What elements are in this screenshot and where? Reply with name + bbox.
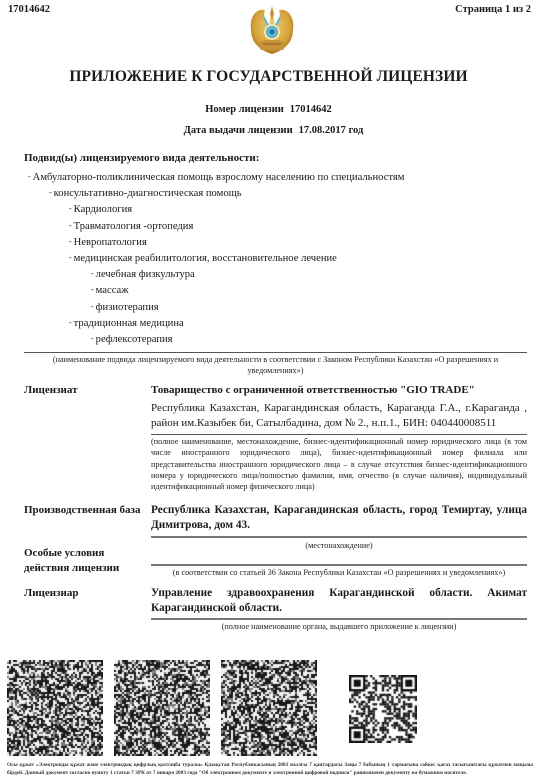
license-date-label: Дата выдачи лицензии bbox=[184, 125, 293, 136]
document-number: 17014642 bbox=[8, 4, 50, 15]
special-conditions-caption: (в соответствии со статьей 36 Закона Рес… bbox=[151, 567, 527, 578]
activity-item: -лечебная физкультура bbox=[91, 269, 195, 280]
activities-heading: Подвид(ы) лицензируемого вида деятельнос… bbox=[24, 152, 259, 164]
bullet-dash-icon: - bbox=[91, 302, 94, 311]
bullet-dash-icon: - bbox=[91, 285, 94, 294]
licensor-divider bbox=[151, 618, 527, 620]
digital-signature-code-3 bbox=[221, 660, 317, 756]
bullet-dash-icon: - bbox=[91, 269, 94, 278]
activity-item-text: Невропатология bbox=[74, 237, 147, 248]
activities-caption: (наименование подвида лицензируемого вид… bbox=[24, 354, 527, 376]
bullet-dash-icon: - bbox=[69, 221, 72, 230]
page-indicator: Страница 1 из 2 bbox=[455, 4, 531, 15]
qr-code-icon bbox=[349, 675, 417, 743]
special-conditions-label-line2: действия лицензии bbox=[24, 561, 119, 576]
license-date-row: Дата выдачи лицензии17.08.2017 год bbox=[5, 125, 537, 136]
bullet-dash-icon: - bbox=[69, 318, 72, 327]
page-title: ПРИЛОЖЕНИЕ К ГОСУДАРСТВЕННОЙ ЛИЦЕНЗИИ bbox=[0, 68, 537, 86]
activity-item-text: Кардиология bbox=[74, 204, 132, 215]
production-base-label: Производственная база bbox=[24, 504, 140, 516]
digital-signature-code-1 bbox=[7, 660, 103, 756]
activity-item: -Амбулаторно-поликлиническая помощь взро… bbox=[28, 172, 404, 183]
production-base-divider bbox=[151, 536, 527, 538]
digital-signature-code-2 bbox=[114, 660, 210, 756]
activity-item-text: Травматология -ортопедия bbox=[74, 221, 194, 232]
activity-item: -Кардиология bbox=[69, 204, 132, 215]
license-number-value: 17014642 bbox=[290, 104, 332, 115]
production-base-caption: (местонахождение) bbox=[151, 540, 527, 551]
license-number-row: Номер лицензии17014642 bbox=[0, 104, 537, 115]
activity-item-text: Амбулаторно-поликлиническая помощь взрос… bbox=[33, 172, 405, 183]
bullet-dash-icon: - bbox=[49, 188, 52, 197]
legal-disclaimer: Осы құжат «Электронды құжат және электро… bbox=[7, 762, 533, 777]
activity-item-text: медицинская реабилитология, восстановите… bbox=[74, 253, 337, 264]
licensee-name: Товарищество с ограниченной ответственно… bbox=[151, 383, 526, 398]
license-date-value: 17.08.2017 год bbox=[299, 125, 364, 136]
activity-item: -массаж bbox=[91, 285, 129, 296]
licensor-label: Лицензиар bbox=[24, 587, 78, 599]
state-emblem-icon bbox=[243, 0, 301, 58]
activity-item: -рефлексотерапия bbox=[91, 334, 173, 345]
special-conditions-divider bbox=[151, 564, 527, 566]
bullet-dash-icon: - bbox=[28, 172, 31, 181]
licensee-label: Лицензиат bbox=[24, 384, 77, 396]
activity-item-text: консультативно-диагностическая помощь bbox=[54, 188, 242, 199]
licensor-caption: (полное наименование органа, выдавшего п… bbox=[151, 621, 527, 632]
licensee-address: Республика Казахстан, Карагандинская обл… bbox=[151, 401, 527, 430]
licensee-caption: (полное наименование, местонахождение, б… bbox=[151, 436, 527, 492]
activity-item: -консультативно-диагностическая помощь bbox=[49, 188, 242, 199]
activity-item: -медицинская реабилитология, восстановит… bbox=[69, 253, 337, 264]
license-number-label: Номер лицензии bbox=[205, 104, 284, 115]
bullet-dash-icon: - bbox=[69, 237, 72, 246]
bullet-dash-icon: - bbox=[91, 334, 94, 343]
special-conditions-label: Особые условия действия лицензии bbox=[24, 546, 119, 576]
activity-item-text: рефлексотерапия bbox=[96, 334, 173, 345]
activity-item-text: лечебная физкультура bbox=[96, 269, 195, 280]
bullet-dash-icon: - bbox=[69, 253, 72, 262]
licensor-value: Управление здравоохранения Карагандинско… bbox=[151, 586, 527, 616]
activity-item: -Невропатология bbox=[69, 237, 147, 248]
activity-item: -физиотерапия bbox=[91, 302, 159, 313]
activity-item: -традиционная медицина bbox=[69, 318, 184, 329]
activity-item-text: традиционная медицина bbox=[74, 318, 184, 329]
production-base-value: Республика Казахстан, Карагандинская обл… bbox=[151, 503, 527, 533]
activity-item-text: физиотерапия bbox=[96, 302, 159, 313]
activities-divider bbox=[24, 352, 527, 353]
activity-item: -Травматология -ортопедия bbox=[69, 221, 193, 232]
special-conditions-label-line1: Особые условия bbox=[24, 546, 119, 561]
bullet-dash-icon: - bbox=[69, 204, 72, 213]
activity-item-text: массаж bbox=[96, 285, 129, 296]
licensee-divider bbox=[151, 434, 527, 435]
